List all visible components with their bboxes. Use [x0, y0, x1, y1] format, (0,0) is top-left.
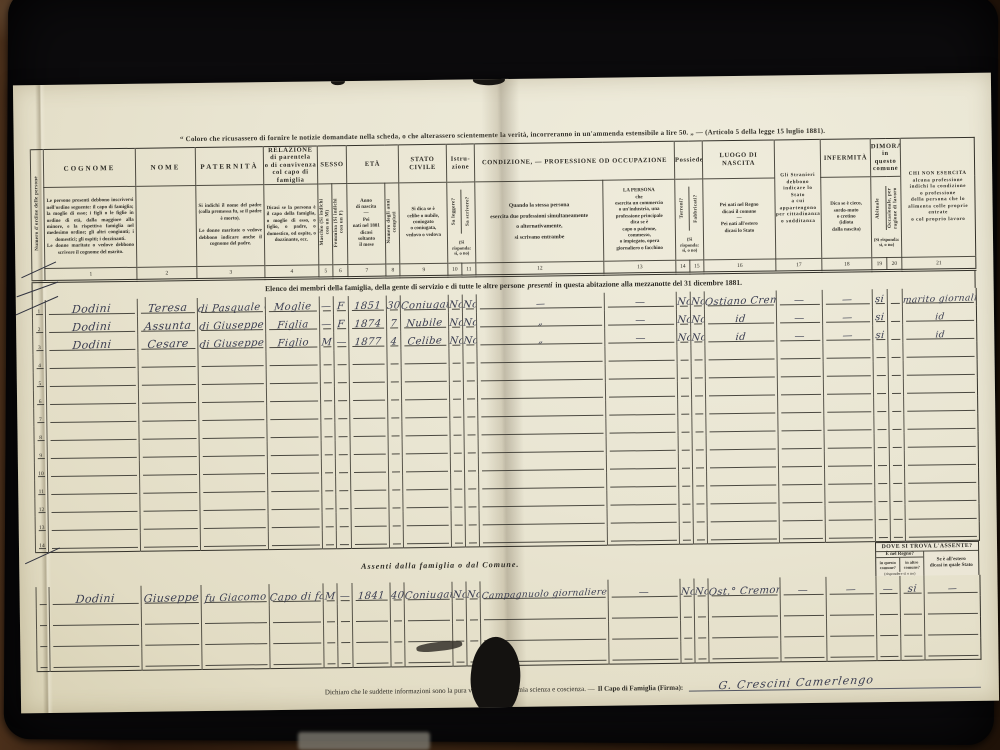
entry-cell: [465, 528, 479, 547]
entry-cell: [780, 619, 826, 641]
desc-possiede: Terreni?Fabbricati? (Si risponda: sì, o …: [675, 179, 704, 260]
entry-cell: —: [604, 310, 676, 329]
entry-cell: [692, 399, 706, 417]
row-number-cell: 8: [34, 426, 47, 444]
entry-cell: No: [676, 292, 690, 310]
entry-cell: [321, 440, 335, 458]
desc-istruzione: Sa leggere?Sa scrivere? (Si risponda: sì…: [447, 182, 476, 263]
entry-cell: [50, 628, 142, 650]
entry-cell: [873, 379, 888, 397]
entry-cell: [609, 621, 681, 643]
entry-cell: [679, 472, 693, 490]
entry-cell: [267, 458, 321, 477]
entry-cell: [680, 600, 694, 621]
entry-cell: [350, 440, 388, 458]
entry-cell: [335, 422, 350, 440]
entry-cell: No: [690, 291, 704, 309]
entry-cell: id: [903, 324, 977, 343]
entry-cell: [387, 385, 401, 403]
entry-cell: Ost.° Cremona: [708, 577, 780, 599]
entry-cell: [351, 476, 389, 494]
entry-cell: [388, 421, 402, 439]
entry-cell: [876, 597, 900, 618]
desc-infermita: Dica se è cieco, sordo-muto o cretino (i…: [821, 177, 872, 258]
entry-cell: [451, 475, 465, 493]
entry-cell: [266, 368, 320, 387]
entry-cell: [889, 451, 904, 469]
entry-cell: [450, 439, 464, 457]
entry-cell: [268, 512, 322, 531]
entry-cell: [464, 456, 478, 474]
entry-cell: [465, 474, 479, 492]
entry-cell: No: [677, 328, 691, 346]
entry-cell: [390, 603, 404, 624]
table-edge-strip: [298, 732, 430, 750]
entry-cell: [198, 369, 266, 388]
entry-cell: Nubile: [400, 313, 448, 332]
entry-cell: [877, 639, 901, 661]
entry-cell: [677, 346, 691, 364]
entry-cell: Giuseppe: [141, 585, 201, 607]
col-header-luogo-nascita: LUOGO DI NASCITA: [702, 140, 774, 179]
entry-cell: [334, 368, 349, 386]
entry-cell: [47, 425, 139, 444]
entry-cell: [322, 512, 336, 530]
entry-cell: [334, 386, 349, 404]
row-number-cell: 10: [34, 462, 47, 480]
entry-cell: [925, 638, 981, 660]
entry-cell: [778, 416, 824, 435]
signature: G. Crescini Camerlengo: [718, 673, 875, 692]
entry-cell: [824, 397, 874, 416]
census-form: Numero d'ordine delle persone COGNOME NO…: [30, 137, 981, 700]
entry-cell: [888, 325, 903, 343]
entry-cell: [202, 626, 270, 648]
census-sheet: “ Coloro che ricusassero di fornire le n…: [13, 73, 999, 714]
entry-cell: No: [452, 582, 466, 603]
entry-cell: [824, 451, 874, 470]
entry-cell: [679, 490, 693, 508]
entry-cell: M: [323, 583, 337, 604]
entry-cell: [678, 400, 692, 418]
entry-cell: [451, 529, 465, 548]
entry-cell: [694, 599, 708, 620]
entry-cell: [388, 403, 402, 421]
entry-cell: —: [337, 583, 352, 604]
entry-cell: [779, 488, 825, 507]
entry-cell: No: [463, 330, 477, 348]
entry-cell: [692, 453, 706, 471]
entry-cell: —: [776, 308, 822, 327]
entry-cell: [778, 398, 824, 417]
row-number-cell: [37, 650, 50, 672]
entry-cell: [47, 461, 139, 480]
entry-cell: [389, 511, 403, 529]
entry-cell: [321, 458, 335, 476]
entry-cell: [450, 421, 464, 439]
entry-cell: [391, 645, 405, 667]
entry-cell: [707, 470, 779, 489]
entry-cell: [402, 421, 450, 440]
entry-cell: [479, 509, 607, 529]
entry-cell: [873, 361, 888, 379]
entry-cell: [924, 617, 980, 639]
row-number-cell: [36, 608, 49, 629]
entry-cell: [466, 602, 480, 623]
entry-cell: [478, 455, 606, 475]
entry-cell: Campagnuolo giornaliere: [480, 580, 608, 603]
entry-cell: Celibe: [401, 331, 449, 350]
entry-cell: [338, 646, 353, 668]
entry-cell: [608, 600, 680, 622]
row-number-cell: 4: [33, 354, 46, 372]
entry-cell: [478, 401, 606, 421]
entry-cell: [477, 347, 605, 367]
entry-cell: [403, 529, 451, 548]
entry-cell: [692, 417, 706, 435]
entry-cell: [140, 514, 200, 533]
entry-cell: [451, 493, 465, 511]
entry-cell: [607, 490, 679, 509]
entry-cell: [706, 434, 778, 453]
entry-cell: —: [777, 326, 823, 345]
entry-cell: [322, 494, 336, 512]
census-table-header: Numero d'ordine delle persone COGNOME NO…: [30, 137, 977, 283]
entry-cell: [338, 625, 353, 646]
entry-cell: Capo di fam.: [269, 583, 323, 605]
entry-cell: [403, 511, 451, 530]
entry-cell: No: [449, 331, 463, 349]
entry-cell: [337, 604, 352, 625]
entry-cell: [607, 508, 679, 527]
entry-cell: —: [822, 289, 872, 308]
entry-cell: No: [690, 309, 704, 327]
col-header-stato-civile: STATO CIVILE: [398, 144, 446, 183]
entry-cell: 30: [386, 295, 400, 313]
entry-cell: No: [680, 579, 694, 600]
entry-cell: Ostiano Crem.: [704, 290, 776, 309]
entry-cell: [889, 415, 904, 433]
entry-cell: [707, 488, 779, 507]
entry-cell: [901, 639, 925, 661]
entry-cell: [479, 491, 607, 511]
entry-cell: [823, 379, 873, 398]
entry-cell: [678, 454, 692, 472]
entry-cell: [449, 349, 463, 367]
entry-cell: [904, 450, 978, 469]
entry-cell: [779, 524, 825, 543]
desc-sesso-maschio: Maschio (Si indichi con un M): [318, 184, 333, 265]
entry-cell: [679, 526, 693, 545]
entry-cell: [887, 307, 902, 325]
entry-cell: [463, 348, 477, 366]
row-number-cell: [37, 629, 50, 650]
entry-cell: —: [823, 325, 873, 344]
entry-cell: [823, 361, 873, 380]
entry-cell: [708, 619, 780, 641]
col-header-stranieri: Gli Stranieri debbono indicare lo Stato …: [774, 139, 822, 259]
entry-cell: [607, 472, 679, 491]
entry-cell: [905, 468, 979, 487]
entry-cell: [353, 646, 391, 668]
entry-cell: [452, 603, 466, 624]
entry-cell: [349, 386, 387, 404]
entry-cell: [875, 523, 890, 542]
entry-cell: [824, 433, 874, 452]
entry-cell: [903, 378, 977, 397]
col-header-eta: ETÀ: [346, 145, 399, 184]
entry-cell: [47, 443, 139, 462]
entry-cell: [389, 529, 403, 548]
entry-cell: [402, 403, 450, 422]
entry-cell: fu Giacomo: [201, 584, 269, 606]
row-number-cell: 5: [33, 372, 46, 390]
entry-cell: [781, 640, 827, 662]
entry-cell: [324, 625, 338, 646]
entry-cell: [903, 360, 977, 379]
entry-cell: [780, 598, 826, 620]
entry-cell: [404, 603, 452, 625]
entry-cell: [905, 522, 979, 541]
entry-cell: [478, 419, 606, 439]
entry-cell: [693, 489, 707, 507]
desc-eta-anni: Numero degli anni compiuti: [385, 183, 400, 264]
entry-cell: Figlio: [266, 332, 320, 351]
entry-cell: [353, 625, 391, 646]
entry-cell: [693, 525, 707, 544]
entry-cell: [49, 607, 141, 629]
entry-cell: [924, 596, 980, 618]
entry-cell: [777, 344, 823, 363]
entry-cell: [692, 435, 706, 453]
entry-cell: [335, 440, 350, 458]
entry-cell: [48, 515, 140, 534]
entry-cell: [336, 512, 351, 530]
entry-cell: [198, 351, 266, 370]
entry-cell: [322, 530, 336, 549]
desc-luogo-nascita: Pei nati nel Regno dicasi il comune — Pe…: [703, 178, 776, 260]
entry-cell: [351, 494, 389, 512]
entry-cell: [321, 422, 335, 440]
entry-cell: [140, 532, 200, 551]
entry-cell: [606, 436, 678, 455]
entry-cell: [708, 598, 780, 620]
entry-cell: [351, 512, 389, 530]
entry-cell: [678, 418, 692, 436]
entry-cell: [905, 504, 979, 523]
entry-cell: No: [462, 312, 476, 330]
entry-cell: [336, 494, 351, 512]
entry-cell: [323, 604, 337, 625]
desc-relazione: Dicasi se la persona è il capo della fam…: [264, 184, 319, 265]
entry-cell: „: [477, 329, 605, 349]
entry-cell: Dodini: [46, 335, 138, 354]
desc-eta-anno: Anno di nascita — Pei nati nel 1881 dica…: [347, 183, 386, 264]
entry-cell: [825, 469, 875, 488]
entry-cell: [479, 473, 607, 493]
entry-cell: No: [462, 294, 476, 312]
entry-cell: [900, 597, 924, 618]
entry-cell: [349, 350, 387, 368]
entry-cell: [199, 405, 267, 424]
entry-cell: [464, 438, 478, 456]
entry-cell: [267, 440, 321, 459]
entry-cell: [874, 451, 889, 469]
entry-cell: [401, 385, 449, 404]
entry-cell: [779, 470, 825, 489]
other-comune-label: in altro comune?: [899, 558, 923, 572]
entry-cell: [609, 642, 681, 664]
entry-cell: [320, 368, 334, 386]
entry-cell: [46, 353, 138, 372]
entry-cell: [464, 420, 478, 438]
entry-cell: F: [333, 314, 348, 332]
entry-cell: [388, 457, 402, 475]
entry-cell: „: [476, 311, 604, 331]
entry-cell: [139, 442, 199, 461]
col-header-infermita: INFERMITÀ: [820, 139, 870, 178]
entry-cell: [202, 647, 270, 669]
entry-cell: [201, 605, 269, 627]
entry-cell: [142, 627, 202, 649]
entry-cell: id: [705, 326, 777, 345]
entry-cell: —: [605, 328, 677, 347]
entry-cell: [875, 505, 890, 523]
row-number-cell: [36, 587, 49, 608]
entry-cell: [449, 367, 463, 385]
row-number-cell: 2: [32, 318, 45, 336]
entry-cell: [403, 493, 451, 512]
entry-cell: [449, 385, 463, 403]
entry-cell: —: [776, 290, 822, 309]
entry-cell: [322, 476, 336, 494]
entry-cell: [464, 402, 478, 420]
entry-cell: [691, 381, 705, 399]
entry-cell: —: [476, 293, 604, 313]
entry-cell: [479, 527, 607, 547]
entry-cell: [890, 505, 905, 523]
entry-cell: —: [604, 292, 676, 311]
entry-cell: [269, 604, 323, 626]
abroad-label: Se è all'estero dicasi in quale Stato: [923, 551, 978, 576]
entry-cell: [350, 458, 388, 476]
entry-cell: di Giuseppe: [197, 315, 265, 334]
entry-cell: [138, 370, 198, 389]
entry-cell: [904, 414, 978, 433]
entry-cell: [874, 397, 889, 415]
entry-cell: [693, 507, 707, 525]
entry-cell: [48, 533, 140, 553]
entry-cell: —: [334, 332, 349, 350]
col-header-paternita: PATERNITÀ: [195, 147, 263, 186]
entry-cell: [478, 437, 606, 457]
entry-cell: [903, 342, 977, 361]
entry-cell: No: [676, 310, 690, 328]
entry-cell: [198, 387, 266, 406]
entry-cell: [777, 380, 823, 399]
entry-cell: si: [900, 576, 924, 597]
entry-cell: di Giuseppe: [198, 333, 266, 352]
desc-stato-civile: Si dica se è celibe o nubile, coniugato …: [399, 183, 448, 264]
entry-cell: Figlia: [265, 314, 319, 333]
desc-la-persona: LA PERSONA che esercita un commercio o u…: [603, 180, 676, 262]
entry-cell: [679, 508, 693, 526]
entry-cell: [387, 349, 401, 367]
entry-cell: [200, 531, 268, 550]
entry-cell: [350, 422, 388, 440]
entry-cell: [46, 389, 138, 408]
entry-cell: 4: [387, 331, 401, 349]
entry-cell: [825, 487, 875, 506]
signature-line: G. Crescini Camerlengo: [689, 674, 981, 692]
entry-cell: [691, 363, 705, 381]
entry-cell: [681, 642, 695, 664]
entry-cell: 1874: [348, 314, 386, 332]
entry-cell: No: [448, 313, 462, 331]
entry-cell: [200, 513, 268, 532]
entry-cell: [826, 597, 876, 619]
entry-cell: [605, 346, 677, 365]
row-number-cell: 14: [35, 534, 48, 553]
entry-cell: [875, 469, 890, 487]
entry-cell: Moglie: [265, 296, 319, 315]
entry-cell: [606, 454, 678, 473]
entry-cell: [336, 476, 351, 494]
entry-cell: [605, 382, 677, 401]
entry-cell: [200, 477, 268, 496]
col-header-condizione: CONDIZIONE, — PROFESSIONE OD OCCUPAZIONE: [474, 141, 675, 182]
entry-cell: [874, 433, 889, 451]
entry-cell: [46, 371, 138, 390]
entry-cell: [450, 457, 464, 475]
desc-condizione: Quando la stessa persona esercita due pr…: [475, 181, 604, 263]
photo-background: “ Coloro che ricusassero di fornire le n…: [0, 0, 1000, 750]
entry-cell: [451, 511, 465, 529]
entry-cell: marito giornaliere: [902, 288, 976, 307]
entry-cell: [401, 367, 449, 386]
entry-cell: [402, 439, 450, 458]
entry-cell: [50, 649, 142, 672]
row-number-cell: 13: [35, 516, 48, 534]
entry-cell: Coniugata: [400, 295, 448, 314]
entry-cell: [888, 361, 903, 379]
entry-cell: [888, 379, 903, 397]
entry-cell: si: [872, 307, 887, 325]
entry-cell: [200, 495, 268, 514]
entry-cell: No: [466, 581, 480, 602]
entry-cell: [270, 646, 324, 668]
entry-cell: [402, 457, 450, 476]
entry-cell: [900, 618, 924, 639]
entry-cell: [320, 350, 334, 368]
entry-cell: 1877: [349, 332, 387, 350]
entry-cell: —: [876, 576, 900, 597]
firma-label: Il Capo di Famiglia (Firma):: [598, 684, 684, 693]
col-header-istruzione: Istru- zione: [446, 144, 474, 183]
entry-cell: [139, 424, 199, 443]
row-number-cell: 12: [35, 498, 48, 516]
entry-cell: Teresa: [137, 298, 197, 317]
entry-cell: [876, 618, 900, 639]
entry-cell: [705, 344, 777, 363]
entry-cell: F: [333, 296, 348, 314]
entry-cell: di Pasquale Caleffi: [197, 297, 265, 316]
entry-cell: id: [704, 308, 776, 327]
entry-cell: 40: [390, 582, 404, 603]
entry-cell: [266, 386, 320, 405]
entry-cell: [388, 439, 402, 457]
entry-cell: [389, 475, 403, 493]
